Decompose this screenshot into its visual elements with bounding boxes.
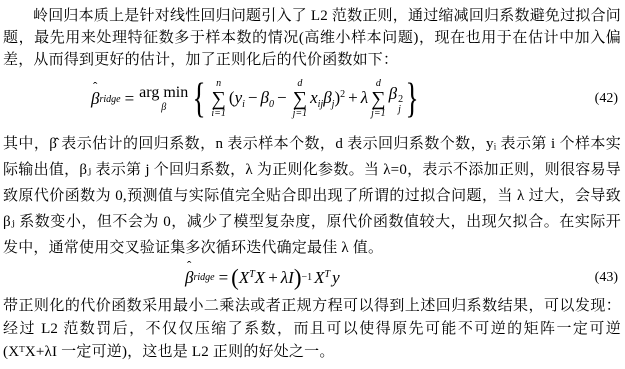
argmin-operator: arg min β xyxy=(139,85,188,113)
projection-term: XTy xyxy=(314,268,340,288)
inverse-superscript: −1 xyxy=(302,272,313,283)
ridge-superscript: ridge xyxy=(99,94,120,105)
paragraph-l2-benefit: 带正则化的代价函数采用最小二乘法或者正规方程可以得到上述回归系数结果，可以发现：… xyxy=(3,295,621,364)
gram-matrix-term: XTX+λI xyxy=(239,268,294,288)
paragraph-symbol-explanation: 其中，β̂ 表示估计的回归系数，n 表示样本个数，d 表示回归系数个数，yᵢ 表… xyxy=(3,131,621,261)
linear-term: xijβj)2+λ xyxy=(310,88,368,110)
equation-42-number: (42) xyxy=(595,91,621,107)
right-paren: ) xyxy=(294,266,302,289)
beta-hat-symbol: βˆ xyxy=(185,268,193,288)
left-paren: ( xyxy=(231,266,239,289)
equation-43: βˆridge = ( XTX+λI ) −1 XTy (43) xyxy=(3,261,621,294)
residual-term: (yi−β0− xyxy=(229,88,290,110)
penalty-term: β2j xyxy=(389,84,403,115)
beta-hat-symbol: βˆ xyxy=(91,89,99,109)
document-page: 岭回归本质上是针对线性回归问题引入了 L2 范数正则，通过缩减回归系数避免过拟合… xyxy=(0,0,625,364)
equation-43-formula: βˆridge = ( XTX+λI ) −1 XTy xyxy=(185,266,340,289)
paragraph-ridge-intro: 岭回归本质上是针对线性回归问题引入了 L2 范数正则，通过缩减回归系数避免过拟合… xyxy=(3,5,621,71)
hat-accent: ˆ xyxy=(93,80,97,93)
right-brace: } xyxy=(406,76,419,122)
summation-over-coefficients-1: d ∑ j=1 xyxy=(293,79,308,119)
left-brace: { xyxy=(193,76,206,122)
equation-42: βˆridge = arg min β { n ∑ i=1 (yi−β0− d … xyxy=(3,74,621,124)
equals-sign: = xyxy=(219,268,229,288)
equals-sign: = xyxy=(125,89,135,109)
summation-over-coefficients-2: d ∑ j=1 xyxy=(371,79,386,119)
summation-over-samples: n ∑ i=1 xyxy=(211,79,226,119)
equation-43-number: (43) xyxy=(595,270,621,286)
hat-accent: ˆ xyxy=(187,259,191,272)
ridge-superscript: ridge xyxy=(193,272,214,283)
equation-42-formula: βˆridge = arg min β { n ∑ i=1 (yi−β0− d … xyxy=(91,76,421,122)
